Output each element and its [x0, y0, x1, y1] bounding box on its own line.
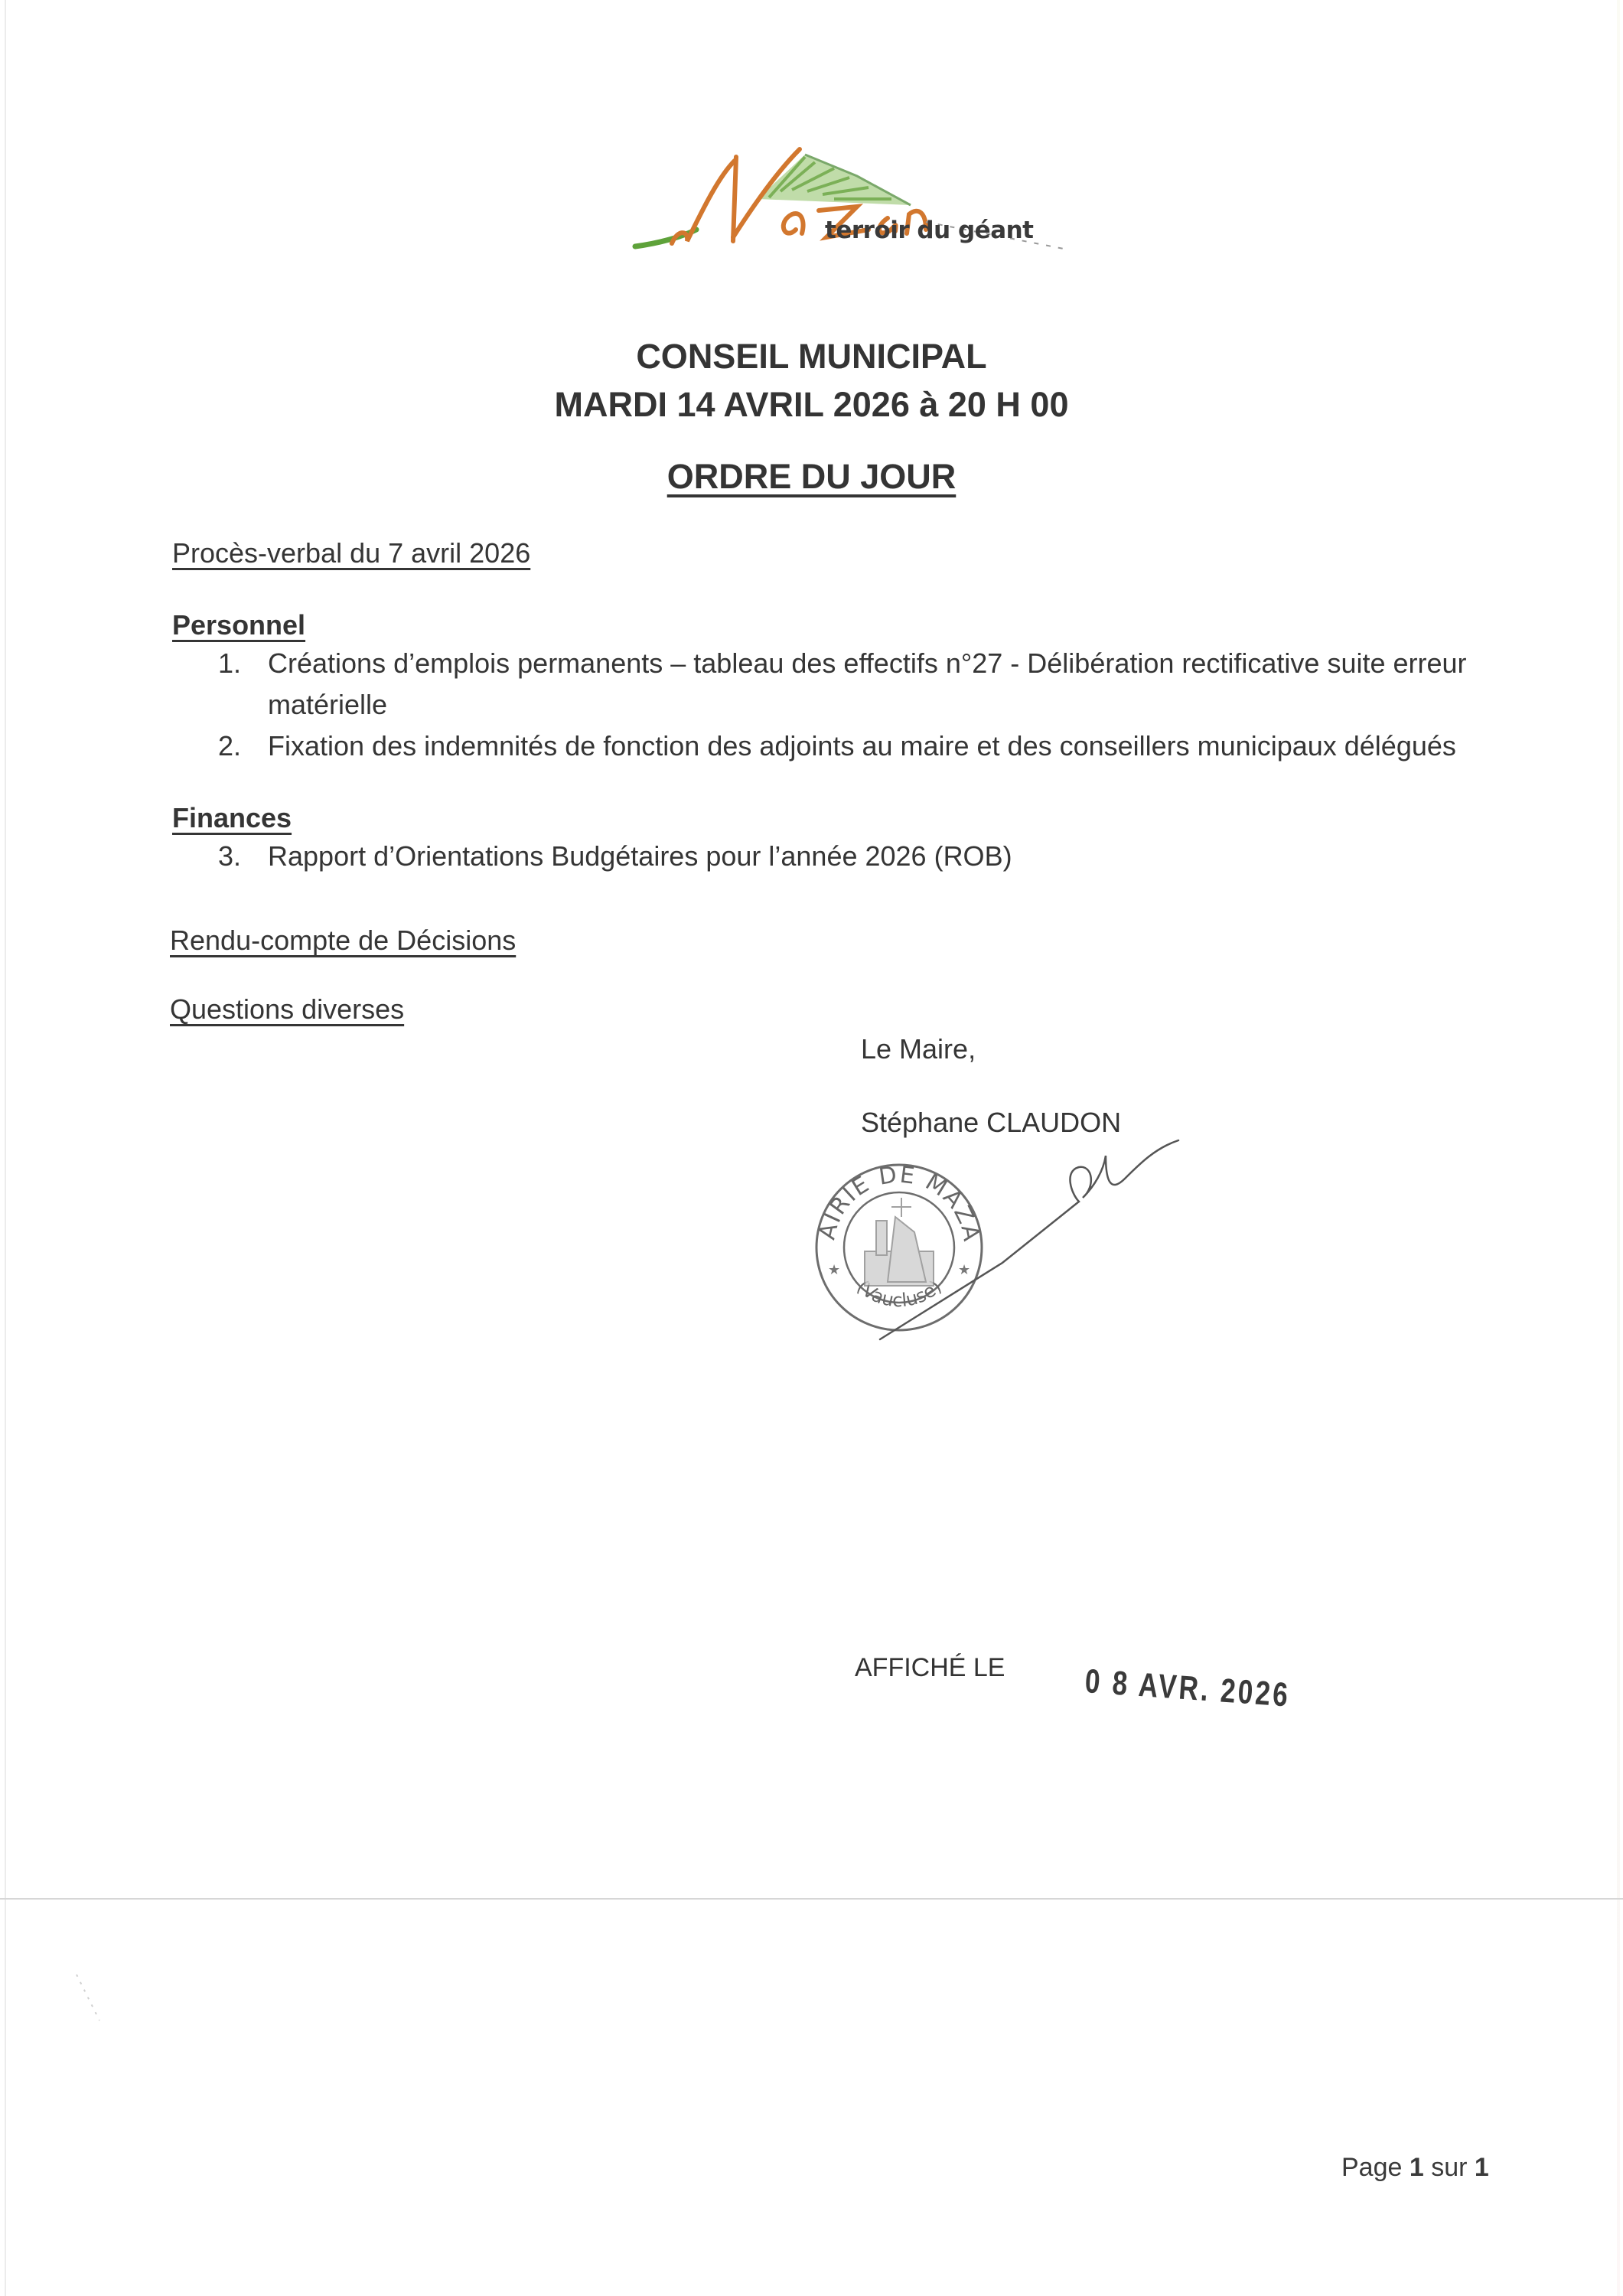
page-current: 1 — [1410, 2153, 1424, 2182]
page-prefix: Page — [1341, 2153, 1410, 2182]
proces-verbal-item: Procès-verbal du 7 avril 2026 — [172, 537, 530, 569]
agenda-item-1-continued: matérielle — [268, 689, 387, 721]
item-number: 2. — [218, 730, 241, 762]
signature-icon — [849, 1125, 1232, 1355]
page-number: Page 1 sur 1 — [1341, 2153, 1489, 2183]
mountain-icon — [758, 155, 911, 205]
scan-dots-icon — [46, 1944, 138, 2036]
posted-label: AFFICHÉ LE — [855, 1653, 1005, 1683]
section-personnel: Personnel — [172, 609, 305, 641]
agenda-item-2: Fixation des indemnités de fonction des … — [268, 730, 1456, 762]
document-title: CONSEIL MUNICIPAL — [0, 337, 1623, 377]
scan-artifact — [46, 1944, 138, 2036]
agenda-heading: ORDRE DU JOUR — [0, 457, 1623, 497]
posted-date-stamp: 0 8 AVR. 2026 — [1084, 1662, 1291, 1715]
logo-tagline: terroir du géant — [825, 217, 1034, 244]
signatory-role: Le Maire, — [861, 1033, 976, 1065]
item-number: 1. — [218, 647, 241, 680]
page-mid: sur — [1424, 2153, 1475, 2182]
agenda-item-1: Créations d’emplois permanents – tableau… — [268, 647, 1467, 680]
meeting-date: MARDI 14 AVRIL 2026 à 20 H 00 — [0, 385, 1623, 425]
page-total: 1 — [1475, 2153, 1489, 2182]
questions-diverses-item: Questions diverses — [170, 993, 404, 1026]
agenda-item-3: Rapport d’Orientations Budgétaires pour … — [268, 840, 1012, 872]
rendu-compte-item: Rendu-compte de Décisions — [170, 925, 516, 957]
section-finances: Finances — [172, 802, 292, 834]
svg-text:★: ★ — [828, 1262, 840, 1277]
agenda-heading-text: ORDRE DU JOUR — [667, 457, 957, 496]
paper-fold-line — [0, 1898, 1623, 1900]
item-number: 3. — [218, 840, 241, 872]
mayor-signature — [849, 1125, 1232, 1355]
